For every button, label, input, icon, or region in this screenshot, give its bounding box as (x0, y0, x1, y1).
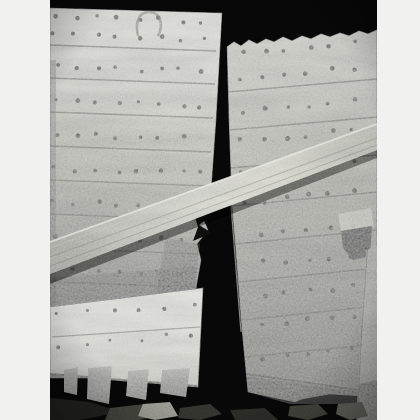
vignette-overlay (50, 0, 377, 420)
left-margin (0, 0, 50, 420)
photo-svg (50, 0, 377, 420)
right-margin (377, 0, 420, 420)
photograph (50, 0, 377, 420)
photo-page (0, 0, 420, 420)
